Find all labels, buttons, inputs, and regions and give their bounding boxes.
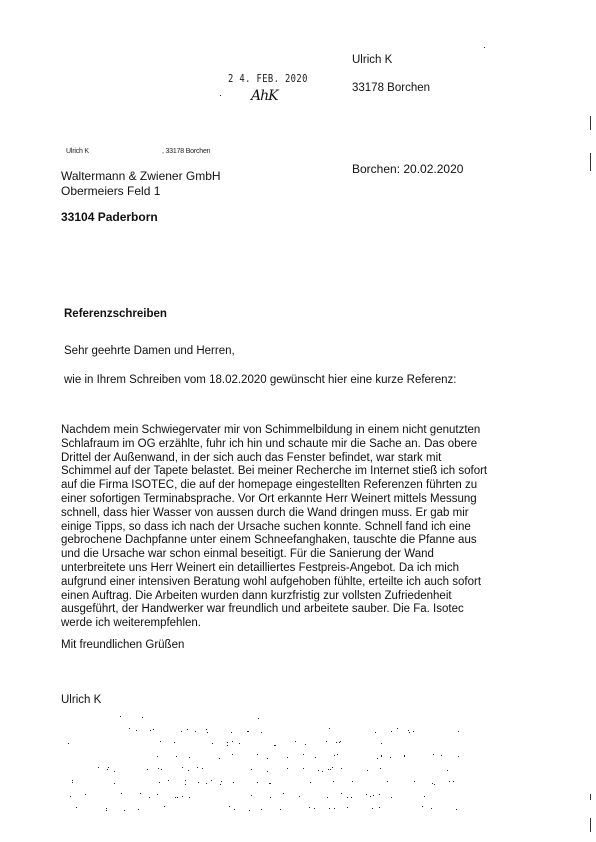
- body-line: einen Auftrag. Die Arbeiten wurden dann …: [61, 590, 541, 604]
- handwritten-initials: AhK: [251, 88, 278, 104]
- body-paragraph: Nachdem mein Schwiegervater mir von Schi…: [61, 424, 541, 631]
- scan-edge-mark: [590, 794, 591, 800]
- sender-name: Ulrich K: [352, 54, 392, 66]
- body-line: Schlafraum im OG erzählte, fuhr ich hin …: [61, 438, 541, 452]
- body-line: Drittel der Außenwand, in der sich auch …: [61, 452, 541, 466]
- body-line: einer sofortigen Terminabsprache. Vor Or…: [61, 493, 541, 507]
- body-line: gebrochene Dachpfanne unter einem Schnee…: [61, 534, 541, 548]
- return-address-city: , 33178 Borchen: [162, 148, 210, 155]
- scan-edge-mark: [590, 818, 591, 832]
- recipient-street: Obermeiers Feld 1: [61, 184, 160, 199]
- salutation: Sehr geehrte Damen und Herren,: [64, 345, 235, 357]
- body-line: werde ich weiterempfehlen.: [61, 617, 541, 631]
- return-address-name: Ulrich K: [66, 148, 89, 155]
- body-line: unterbreitete uns Herr Weinert ein detai…: [61, 562, 541, 576]
- letter-subject: Referenzschreiben: [64, 308, 167, 320]
- body-line: Nachdem mein Schwiegervater mir von Schi…: [61, 424, 541, 438]
- sender-city: 33178 Borchen: [352, 82, 430, 94]
- body-line: ausgeführt, der Handwerker war freundlic…: [61, 603, 541, 617]
- body-line: aufgrund einer intensiven Beratung wohl …: [61, 576, 541, 590]
- intro-line: wie in Ihrem Schreiben vom 18.02.2020 ge…: [64, 374, 457, 386]
- body-line: schnell, dass hier Wasser von aussen dur…: [61, 507, 541, 521]
- body-line: und die Ursache war schon einmal beseiti…: [61, 548, 541, 562]
- signature-name: Ulrich K: [61, 694, 101, 706]
- recipient-company: Waltermann & Zwiener GmbH: [61, 169, 221, 184]
- scan-edge-mark: [590, 116, 591, 130]
- body-line: einige Tipps, so dass ich nach der Ursac…: [61, 521, 541, 535]
- recipient-city: 33104 Paderborn: [61, 210, 158, 225]
- body-line: auf die Firma ISOTEC, die auf der homepa…: [61, 479, 541, 493]
- scan-edge-mark: [590, 153, 591, 171]
- received-date-stamp: 2 4. FEB. 2020: [228, 72, 308, 85]
- body-line: Schimmel auf der Tapete belastet. Bei me…: [61, 465, 541, 479]
- closing: Mit freundlichen Grüßen: [61, 639, 184, 651]
- place-date: Borchen: 20.02.2020: [352, 162, 463, 176]
